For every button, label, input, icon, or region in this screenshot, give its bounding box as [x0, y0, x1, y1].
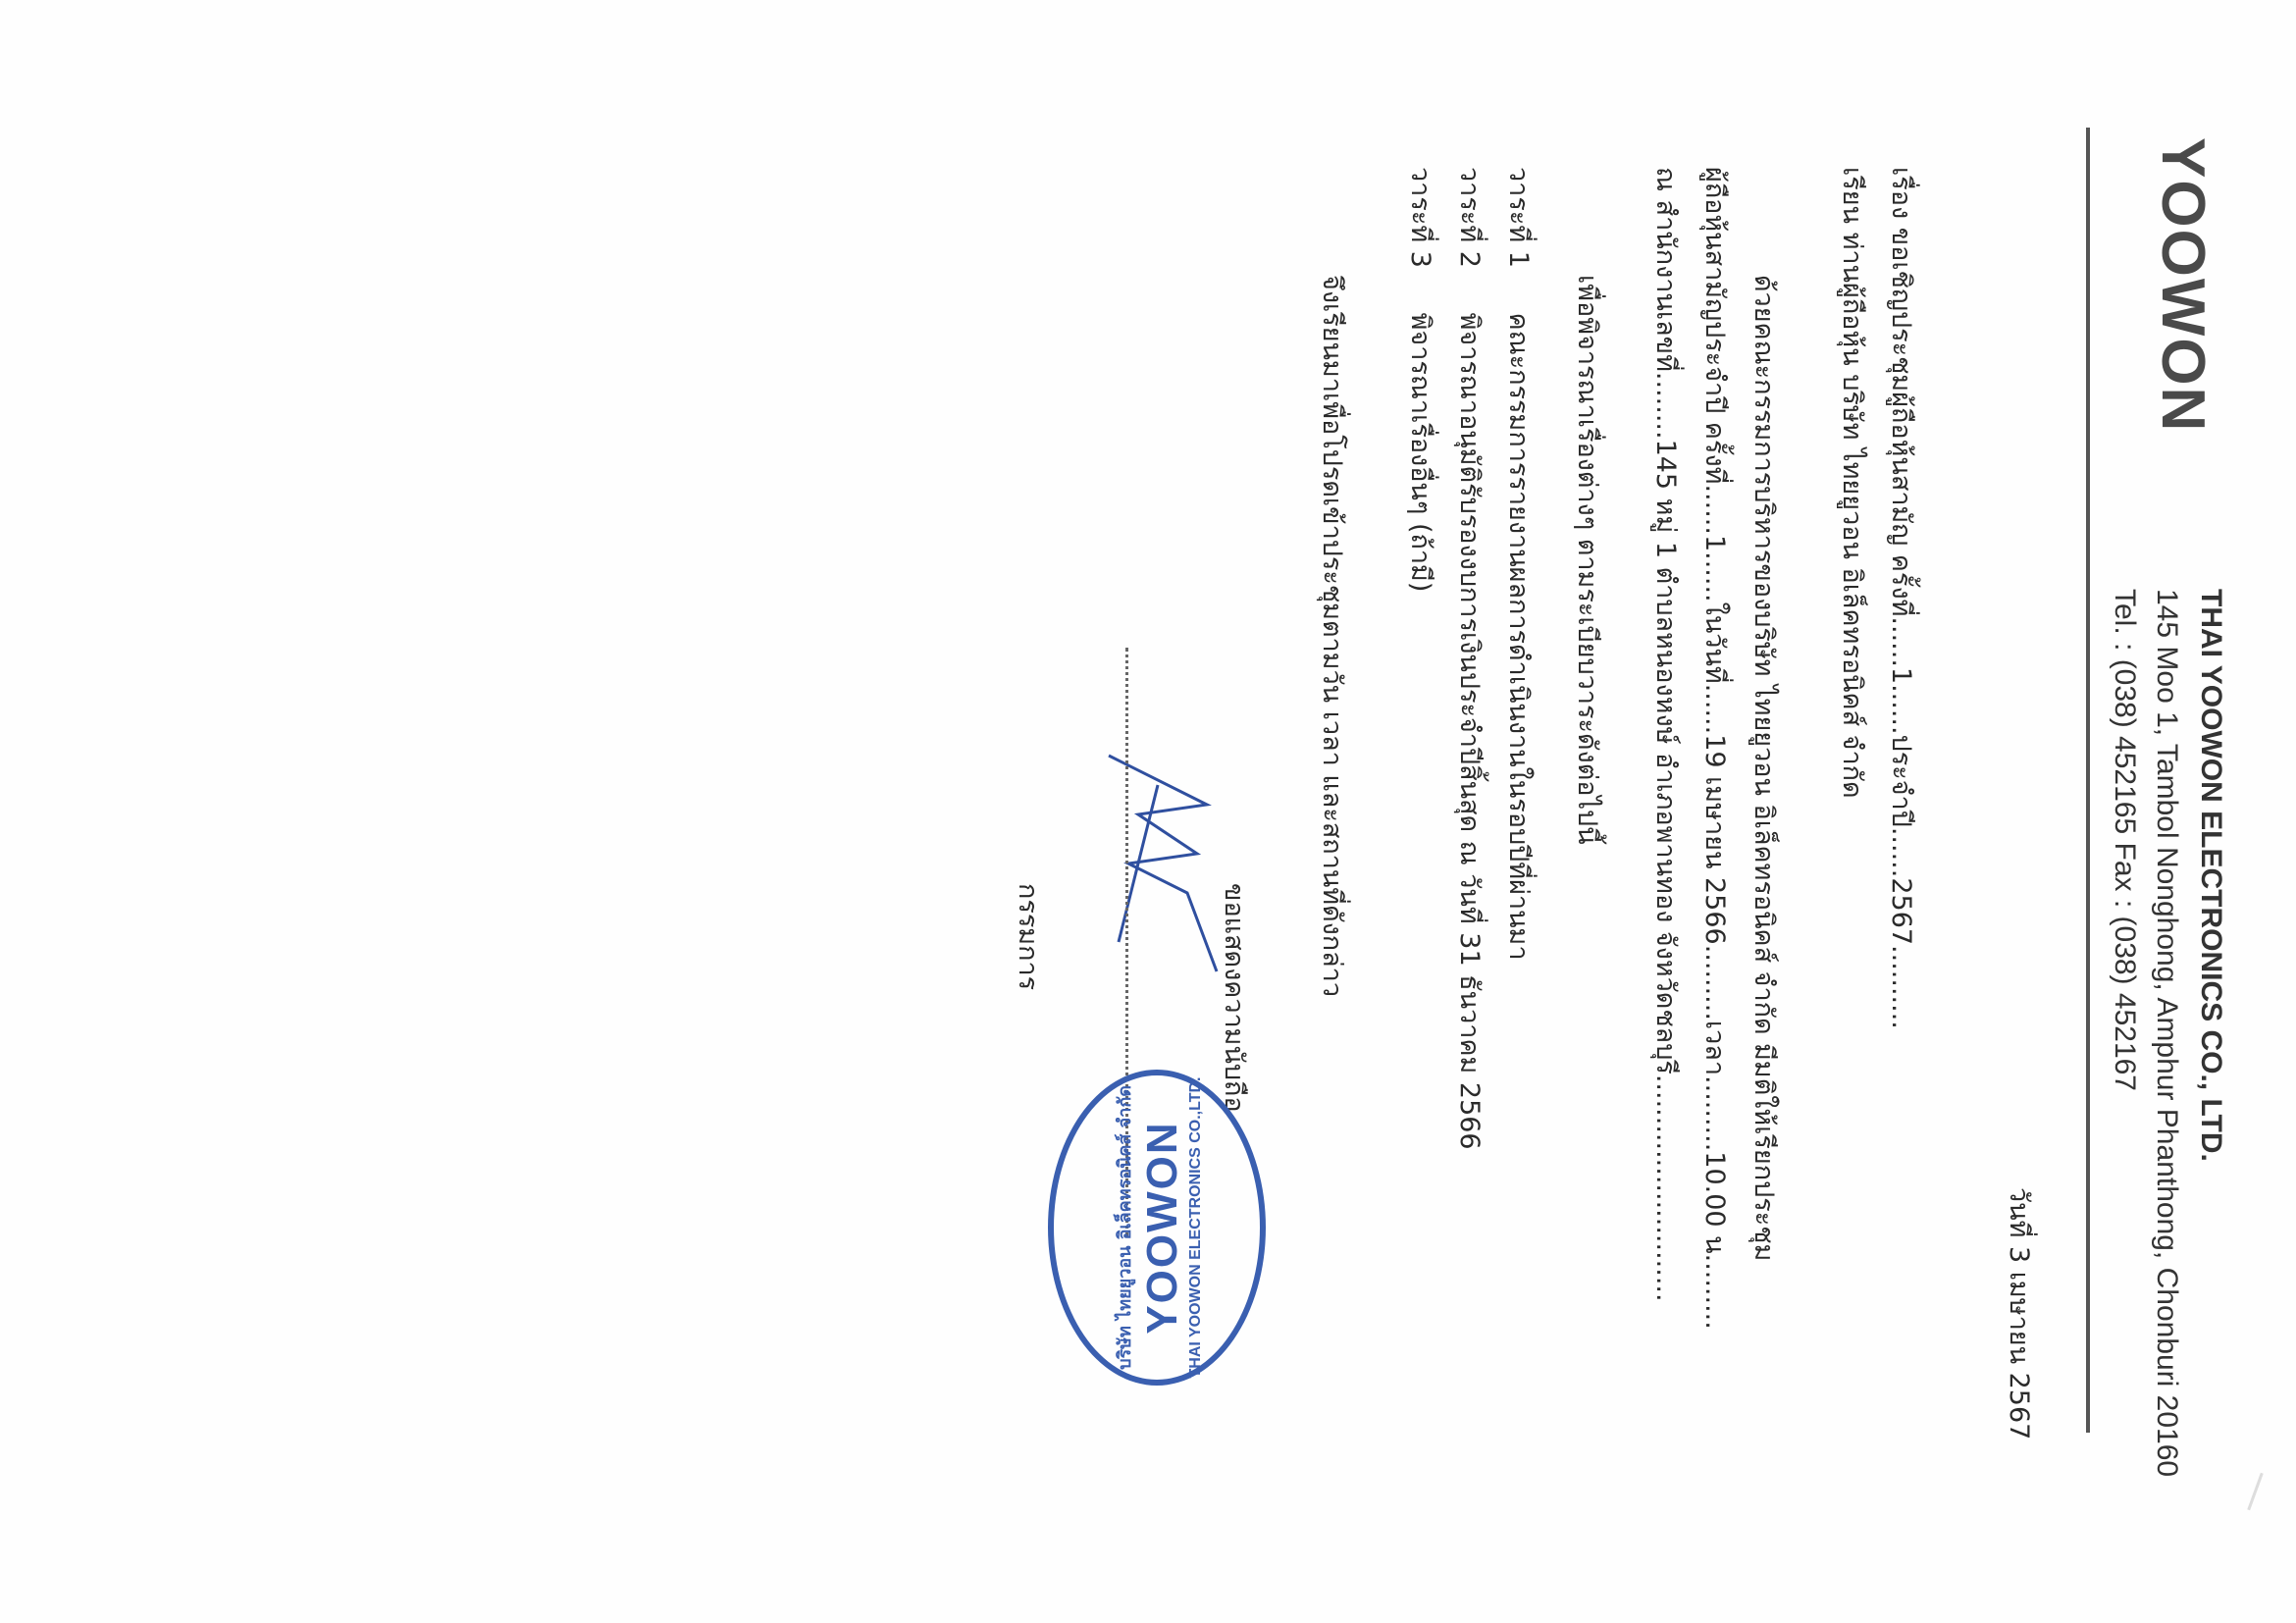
letter-date: วันที่ 3 เมษายน 2567 [1999, 1187, 2041, 1440]
agenda-item: วาระที่ 2 พิจารณาอนุมัติรับรองงบการเงินป… [1449, 167, 1491, 1150]
stamp-english-name: THAI YOOWON ELECTRONICS CO.,LTD. [1187, 1077, 1205, 1379]
letter-recipient: เรียน ท่านผู้ถือหุ้น บริษัท ไทยยูวอน อิเ… [1832, 167, 1874, 799]
agenda-label: วาระที่ 3 [1400, 167, 1442, 304]
letter-page: YOOWON THAI YOOWON ELECTRONICS CO., LTD.… [0, 0, 2296, 1623]
company-address: 145 Moo 1, Tambol Nonghong, Amphur Phant… [2150, 589, 2183, 1477]
closing-text: จึงเรียนมาเพื่อโปรดเข้าประชุมตามวัน เวลา… [1312, 275, 1354, 997]
company-tel-fax: Tel. : (038) 452165 Fax : (038) 452167 [2108, 589, 2141, 1091]
agenda-text: พิจารณาเรื่องอื่นๆ (ถ้ามี) [1405, 313, 1435, 593]
agenda-item: วาระที่ 3 พิจารณาเรื่องอื่นๆ (ถ้ามี) [1400, 167, 1442, 592]
agenda-item: วาระที่ 1 คณะกรรมการรายงานผลการดำเนินงาน… [1498, 167, 1540, 961]
agenda-label: วาระที่ 2 [1449, 167, 1491, 304]
stamp-logo: YOOWON [1138, 1121, 1187, 1334]
stamp-thai-name: บริษัท ไทยยูวอน อิเล็คทรอนิคส์ จำกัด [1110, 1085, 1138, 1370]
company-logo: YOOWON [2148, 137, 2218, 433]
agenda-text: พิจารณาอนุมัติรับรองงบการเงินประจำปีสิ้น… [1454, 313, 1485, 1150]
agenda-text: คณะกรรมการรายงานผลการดำเนินงานในรอบปีที่… [1503, 313, 1534, 961]
company-stamp: บริษัท ไทยยูวอน อิเล็คทรอนิคส์ จำกัด YOO… [1048, 1070, 1266, 1386]
body-paragraph-1-line-2: ผู้ถือหุ้นสามัญประจำปี ครั้งที่......1..… [1695, 167, 1737, 1330]
body-paragraph-1-line-3: ณ สำนักงานเลขที่........145 หมู่ 1 ตำบลห… [1645, 167, 1688, 1302]
company-name: THAI YOOWON ELECTRONICS CO., LTD. [2194, 589, 2227, 1162]
agenda-label: วาระที่ 1 [1498, 167, 1540, 304]
signer-title: กรรมการ [1008, 883, 1050, 990]
letter-subject: เรื่อง ขอเชิญประชุมผู้ถือหุ้นสามัญ ครั้ง… [1881, 167, 1923, 1029]
body-paragraph-1-line-1: ด้วยคณะกรรมการบริหารของบริษัท ไทยยูวอน อ… [1744, 275, 1786, 1261]
signature [1089, 746, 1226, 981]
scan-artifact [2247, 1473, 2264, 1511]
header-divider [2086, 128, 2090, 1433]
body-paragraph-2: เพื่อพิจารณาเรื่องต่างๆ ตามระเบียบวาระดั… [1567, 275, 1609, 845]
